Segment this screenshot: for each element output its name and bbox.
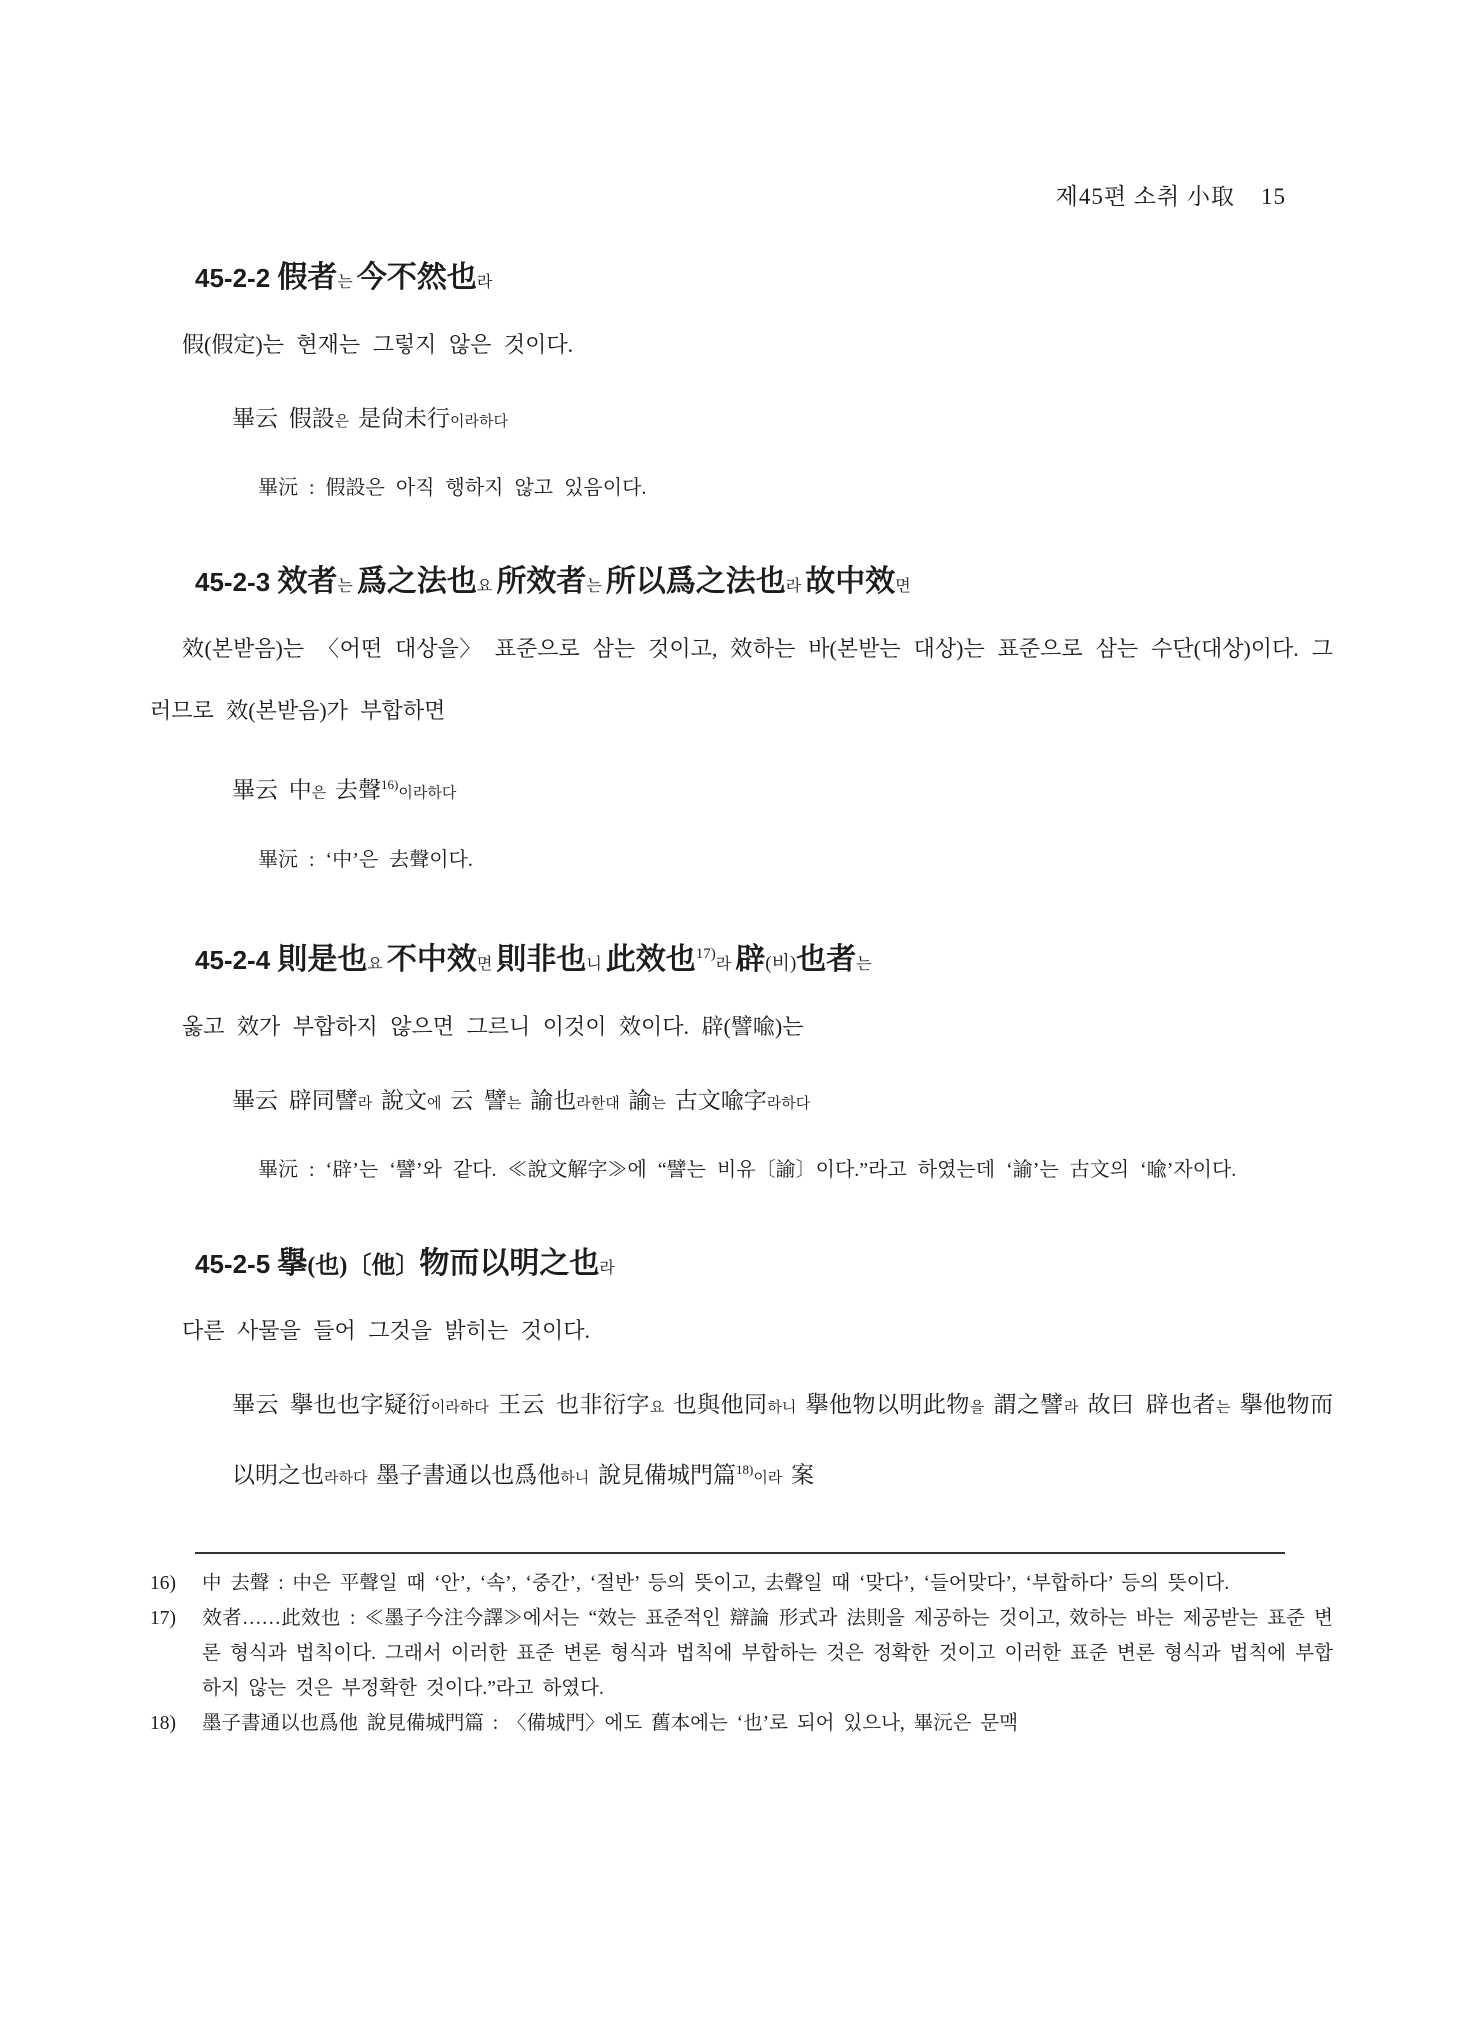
text-segment: 45-2-2 xyxy=(195,263,277,293)
text-segment: 45-2-5 xyxy=(195,1249,277,1279)
text-segment: 也者 xyxy=(796,943,856,976)
text-segment: 此效也 xyxy=(606,943,696,976)
text-segment: 則是也 xyxy=(277,943,367,976)
section-heading: 45-2-4 則是也요 不中效면 則非也니 此效也17)라 辟(비)也者는 xyxy=(195,931,1333,988)
commentary-paragraph: 畢云 中은 去聲16)이라하다 xyxy=(232,754,1333,825)
commentary-translation: 畢沅 : ‘中’은 去聲이다. xyxy=(218,829,1333,891)
text-segment: 所以爲之法也 xyxy=(606,565,786,598)
text-segment: 辟 xyxy=(735,943,765,976)
text-segment: 爲之法也 xyxy=(357,565,477,598)
text-segment: 는 xyxy=(337,274,356,291)
footnote-label: 16) xyxy=(150,1566,202,1601)
text-segment: 所效者 xyxy=(496,565,586,598)
text-segment: 하니 xyxy=(560,1470,598,1486)
text-segment: 라하다 xyxy=(324,1470,376,1486)
footnote-16: 16)中 去聲 : 中은 平聲일 때 ‘안’, ‘속’, ‘중간’, ‘절반’ … xyxy=(150,1566,1333,1601)
footnote-label: 17) xyxy=(150,1601,202,1636)
text-segment: 라 xyxy=(358,1096,381,1112)
text-segment: 故曰 辟也者 xyxy=(1088,1392,1216,1417)
text-segment: 45-2-4 xyxy=(195,945,277,975)
text-segment: 不中效 xyxy=(387,943,477,976)
translation-paragraph: 假(假定)는 현재는 그렇지 않은 것이다. xyxy=(150,314,1333,376)
text-segment: 요 xyxy=(650,1400,674,1416)
text-segment: 이라하다 xyxy=(398,786,456,802)
text-segment: 45-2-3 xyxy=(195,567,277,597)
section-45-2-5: 45-2-5 擧(也)〔他〕物而以明之也라 다른 사물을 들어 그것을 밝히는 … xyxy=(150,1241,1333,1510)
commentary-translation: 畢沅 : 假設은 아직 행하지 않고 있음이다. xyxy=(218,457,1333,519)
running-title: 제45편 소취 小取 xyxy=(1056,184,1235,209)
section-45-2-3: 45-2-3 效者는 爲之法也요 所效者는 所以爲之法也라 故中效면 效(본받음… xyxy=(150,559,1333,891)
footnote-label: 18) xyxy=(150,1706,202,1741)
text-segment: 謂之譬 xyxy=(993,1392,1063,1417)
text-segment: 면 xyxy=(477,956,496,973)
text-segment: 에 xyxy=(427,1096,450,1112)
footnote-text: 墨子書通以也爲他 說見備城門篇 : 〈備城門〉에도 舊本에는 ‘也’로 되어 있… xyxy=(202,1713,1018,1734)
section-heading: 45-2-2 假者는 今不然也라 xyxy=(195,255,1333,306)
text-segment: 라 xyxy=(1064,1400,1088,1416)
text-segment: 則非也 xyxy=(496,943,586,976)
page-header: 제45편 소취 小取15 xyxy=(150,178,1286,211)
text-segment: 라 xyxy=(786,578,805,595)
text-segment: 今不然也 xyxy=(357,261,477,294)
text-segment: 是尙未行 xyxy=(358,406,450,431)
text-segment: 假者 xyxy=(277,261,337,294)
text-segment: 擧 xyxy=(277,1247,307,1280)
text-segment: 也與他同 xyxy=(674,1392,768,1417)
text-segment: 을 xyxy=(970,1400,994,1416)
text-segment: 니 xyxy=(586,956,605,973)
document-page: 제45편 소취 小取15 45-2-2 假者는 今不然也라 假(假定)는 현재는… xyxy=(0,0,1480,2024)
text-segment: 은 xyxy=(312,786,335,802)
footnote-17: 17)效者……此效也 : ≪墨子今注今譯≫에서는 “效는 표준적인 辯論 形式과… xyxy=(150,1601,1333,1706)
text-segment: 은 xyxy=(335,414,358,430)
text-segment: 요 xyxy=(477,578,496,595)
commentary-paragraph: 畢云 辟同譬라 說文에 云 譬는 諭也라한대 諭는 古文喩字라하다 xyxy=(232,1070,1333,1135)
text-segment: 는 xyxy=(651,1096,674,1112)
text-segment: 說文 xyxy=(381,1088,427,1113)
text-segment: 는 xyxy=(586,578,605,595)
commentary-paragraph: 畢云 假設은 是尙未行이라하다 xyxy=(232,388,1333,453)
text-segment: 擧他物以明此物 xyxy=(806,1392,970,1417)
text-segment: 說見備城門篇 xyxy=(598,1462,736,1487)
text-segment: 라 xyxy=(599,1260,614,1277)
text-segment: 古文喩字 xyxy=(675,1088,767,1113)
text-segment: 云 譬 xyxy=(450,1088,507,1113)
footnote-text: 中 去聲 : 中은 平聲일 때 ‘안’, ‘속’, ‘중간’, ‘절반’ 등의 … xyxy=(202,1573,1229,1594)
text-segment: 故中效 xyxy=(805,565,895,598)
text-segment: 諭 xyxy=(628,1088,651,1113)
text-segment: 이라하다 xyxy=(431,1400,498,1416)
text-segment: 는 xyxy=(337,578,356,595)
text-segment: 去聲 xyxy=(335,778,381,803)
text-segment: 墨子書通以也爲他 xyxy=(376,1462,560,1487)
footnote-area: 16)中 去聲 : 中은 平聲일 때 ‘안’, ‘속’, ‘중간’, ‘절반’ … xyxy=(150,1552,1333,1741)
section-45-2-4: 45-2-4 則是也요 不中效면 則非也니 此效也17)라 辟(비)也者는 옳고… xyxy=(150,931,1333,1201)
section-heading: 45-2-5 擧(也)〔他〕物而以明之也라 xyxy=(195,1241,1333,1292)
text-segment: 18) xyxy=(736,1462,753,1477)
text-segment: 이라하다 xyxy=(450,414,508,430)
text-segment: 畢云 辟同譬 xyxy=(232,1088,358,1113)
footnote-text: 效者……此效也 : ≪墨子今注今譯≫에서는 “效는 표준적인 辯論 形式과 法則… xyxy=(202,1608,1333,1699)
text-segment: 案 xyxy=(791,1462,814,1487)
text-segment: 畢云 擧也也字疑衍 xyxy=(232,1392,431,1417)
text-segment: (也)〔他〕 xyxy=(307,1253,419,1279)
text-segment: 라 xyxy=(716,956,735,973)
text-segment: 라한대 xyxy=(576,1096,628,1112)
text-segment: 畢云 假設 xyxy=(232,406,335,431)
text-segment: 畢云 中 xyxy=(232,778,312,803)
text-segment: 라 xyxy=(477,274,492,291)
text-segment: 라하다 xyxy=(767,1096,810,1112)
translation-paragraph: 다른 사물을 들어 그것을 밝히는 것이다. xyxy=(150,1300,1333,1362)
section-45-2-2: 45-2-2 假者는 今不然也라 假(假定)는 현재는 그렇지 않은 것이다. … xyxy=(150,255,1333,519)
footnote-divider xyxy=(195,1552,1285,1554)
text-segment: 17) xyxy=(696,946,716,962)
text-segment: 이라 xyxy=(753,1470,791,1486)
text-segment: 效者 xyxy=(277,565,337,598)
footnotes: 16)中 去聲 : 中은 平聲일 때 ‘안’, ‘속’, ‘중간’, ‘절반’ … xyxy=(150,1566,1333,1741)
text-segment: 는 xyxy=(507,1096,530,1112)
text-segment: 는 xyxy=(1216,1400,1240,1416)
text-segment: 면 xyxy=(895,578,910,595)
text-segment: 王云 也非衍字 xyxy=(498,1392,650,1417)
text-segment: (비) xyxy=(765,953,796,974)
text-segment: 諭也 xyxy=(530,1088,576,1113)
text-segment: 요 xyxy=(367,956,386,973)
page-content: 45-2-2 假者는 今不然也라 假(假定)는 현재는 그렇지 않은 것이다. … xyxy=(150,255,1333,1549)
commentary-paragraph: 畢云 擧也也字疑衍이라하다 王云 也非衍字요 也與他同하니 擧他物以明此物을 謂… xyxy=(232,1374,1333,1510)
section-heading: 45-2-3 效者는 爲之法也요 所效者는 所以爲之法也라 故中效면 xyxy=(195,559,1333,610)
footnote-18: 18)墨子書通以也爲他 說見備城門篇 : 〈備城門〉에도 舊本에는 ‘也’로 되… xyxy=(150,1706,1333,1741)
translation-paragraph: 옳고 效가 부합하지 않으면 그르니 이것이 效이다. 辟(譬喩)는 xyxy=(150,996,1333,1058)
commentary-translation: 畢沅 : ‘辟’는 ‘譬’와 같다. ≪說文解字≫에 “譬는 비유〔諭〕이다.”… xyxy=(218,1139,1333,1201)
page-number: 15 xyxy=(1261,184,1286,209)
translation-paragraph: 效(본받음)는 〈어떤 대상을〉 표준으로 삼는 것이고, 效하는 바(본받는 … xyxy=(150,618,1333,742)
text-segment: 하니 xyxy=(767,1400,805,1416)
text-segment: 16) xyxy=(381,777,398,792)
text-segment: 는 xyxy=(856,956,871,973)
text-segment: 物而以明之也 xyxy=(419,1247,599,1280)
